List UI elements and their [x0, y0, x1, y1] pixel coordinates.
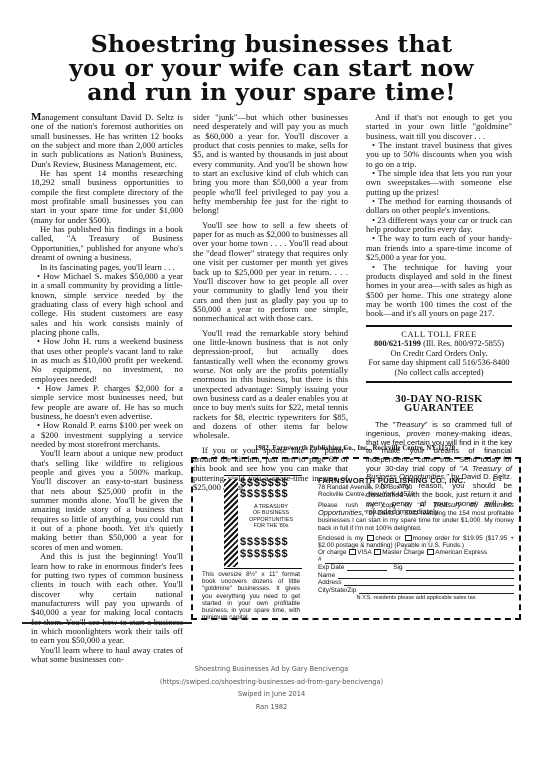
caption-swiped-date: Swiped in June 2014 — [0, 688, 543, 701]
paragraph: You'll read the remarkable story behind … — [193, 329, 348, 441]
book-title: A TREASURY OF BUSINESS OPPORTUNITIES FOR… — [240, 504, 302, 529]
toll-free-box: CALL TOLL FREE 800/621-5199 (Ill. Res. 8… — [366, 325, 512, 383]
exp-date-field[interactable]: Exp DateSig — [318, 564, 514, 572]
order-form: E-1 FARNSWORTH PUBLISHING CO., INC. 78 R… — [318, 477, 514, 602]
bullet-item: • How James P. charges $2,000 for a simp… — [31, 384, 183, 421]
master-charge-checkbox[interactable] — [374, 549, 381, 556]
company-name: FARNSWORTH PUBLISHING CO., INC. — [318, 477, 514, 484]
toll-free-title: CALL TOLL FREE — [366, 330, 512, 340]
book-cover-image: $$$$$$$ $$$$$$$ A TREASURY OF BUSINESS O… — [224, 475, 302, 569]
amex-checkbox[interactable] — [427, 549, 434, 556]
name-field[interactable]: Name — [318, 571, 514, 579]
bullet-item: • How Michael S. makes $50,000 a year in… — [31, 272, 183, 337]
signature-field[interactable] — [406, 564, 514, 571]
book-description: This oversize 8½" x 11" format book unco… — [202, 571, 300, 621]
signature-label: Sig — [393, 564, 402, 571]
toll-free-numbers: 800/621-5199 (Ill. Res. 800/972-5855) — [366, 339, 512, 349]
copyright-line: 1982, Farnsworth Publishing Co., Inc., R… — [190, 445, 520, 452]
headline-line-1: Shoestring businesses that — [0, 32, 543, 56]
address-line-2: Rockville Centre, New York 11570 — [318, 491, 514, 498]
dollar-signs: $$$$$$$ — [240, 549, 288, 560]
attribution-caption: Shoestring Businesses Ad by Gary Bencive… — [0, 663, 543, 713]
bullet-item: • The instant travel business that gives… — [366, 141, 512, 169]
dollar-signs: $$$$$$$ — [240, 537, 288, 548]
phone-number[interactable]: 800/621-5199 — [374, 339, 421, 348]
illinois-number: (Ill. Res. 800/972-5855) — [423, 339, 504, 348]
divider — [22, 622, 192, 624]
dollar-signs: $$$$$$$ — [240, 489, 288, 500]
charge-options: Or charge VISA Master Charge American Ex… — [318, 549, 514, 556]
order-coupon: $$$$$$$ $$$$$$$ A TREASURY OF BUSINESS O… — [191, 457, 521, 620]
paragraph: He has published his findings in a book … — [31, 225, 183, 262]
coupon-code: E-1 — [493, 477, 502, 484]
same-day-note: For same day shipment call 516/536-8400 — [366, 358, 512, 368]
guarantee-title: 30-DAY NO-RISK GUARANTEE — [366, 395, 512, 414]
paragraph: You'll learn where to haul away crates o… — [31, 646, 183, 665]
paragraph: You'll see how to sell a few sheets of p… — [193, 221, 348, 324]
credit-card-note: On Credit Card Orders Only. — [366, 349, 512, 359]
address-line-1: 78 Randall Avenue, P.O. Box 710 — [318, 484, 514, 491]
payment-options: Enclosed is my check or money order for … — [318, 535, 514, 549]
paragraph: You'll learn about a unique new product … — [31, 449, 183, 552]
no-collect-note: (No collect calls accepted) — [366, 368, 512, 378]
card-number-field[interactable]: # — [318, 556, 514, 564]
bullet-item: • The technique for having your products… — [366, 263, 512, 319]
visa-checkbox[interactable] — [349, 549, 356, 556]
book-spine-pattern — [224, 479, 238, 567]
money-order-checkbox[interactable] — [405, 535, 412, 542]
city-state-zip-field[interactable]: City/State/Zip — [318, 586, 514, 594]
body-column-2: sider "junk"—but which other businesses … — [193, 113, 348, 492]
address-field[interactable]: Address — [318, 579, 514, 587]
bullet-item: • How John H. runs a weekend business th… — [31, 337, 183, 384]
headline-line-3: and run in your spare time! — [0, 80, 543, 104]
paragraph: He has spent 14 months researching 18,29… — [31, 169, 183, 225]
bullet-item: • How Ronald P. earns $100 per week on a… — [31, 421, 183, 449]
caption-title: Shoestring Businesses Ad by Gary Bencive… — [0, 663, 543, 676]
intro-paragraph: Management consultant David D. Seltz is … — [31, 113, 183, 169]
sales-tax-note: N.Y.S. residents please add applicable s… — [318, 595, 514, 602]
paragraph: And this is just the beginning! You'll l… — [31, 552, 183, 645]
caption-url[interactable]: (https://swiped.co/shoestring-businesses… — [0, 676, 543, 689]
caption-ran-year: Ran 1982 — [0, 701, 543, 714]
check-checkbox[interactable] — [367, 535, 374, 542]
bullet-item: • The way to turn each of your handy-man… — [366, 234, 512, 262]
order-request: Please rush my copy of "A Treasury of Bu… — [318, 501, 514, 531]
headline-line-2: you or your wife can start now — [0, 56, 543, 80]
bullet-item: • The method for earning thousands of do… — [366, 197, 512, 216]
headline: Shoestring businesses that you or your w… — [0, 32, 543, 104]
bullet-item: • The simple idea that lets you run your… — [366, 169, 512, 197]
bullet-item: • 23 different ways your car or truck ca… — [366, 216, 512, 235]
paragraph: sider "junk"—but which other businesses … — [193, 113, 348, 216]
paragraph: And if that's not enough to get you star… — [366, 113, 512, 141]
body-column-1: Management consultant David D. Seltz is … — [31, 113, 183, 664]
